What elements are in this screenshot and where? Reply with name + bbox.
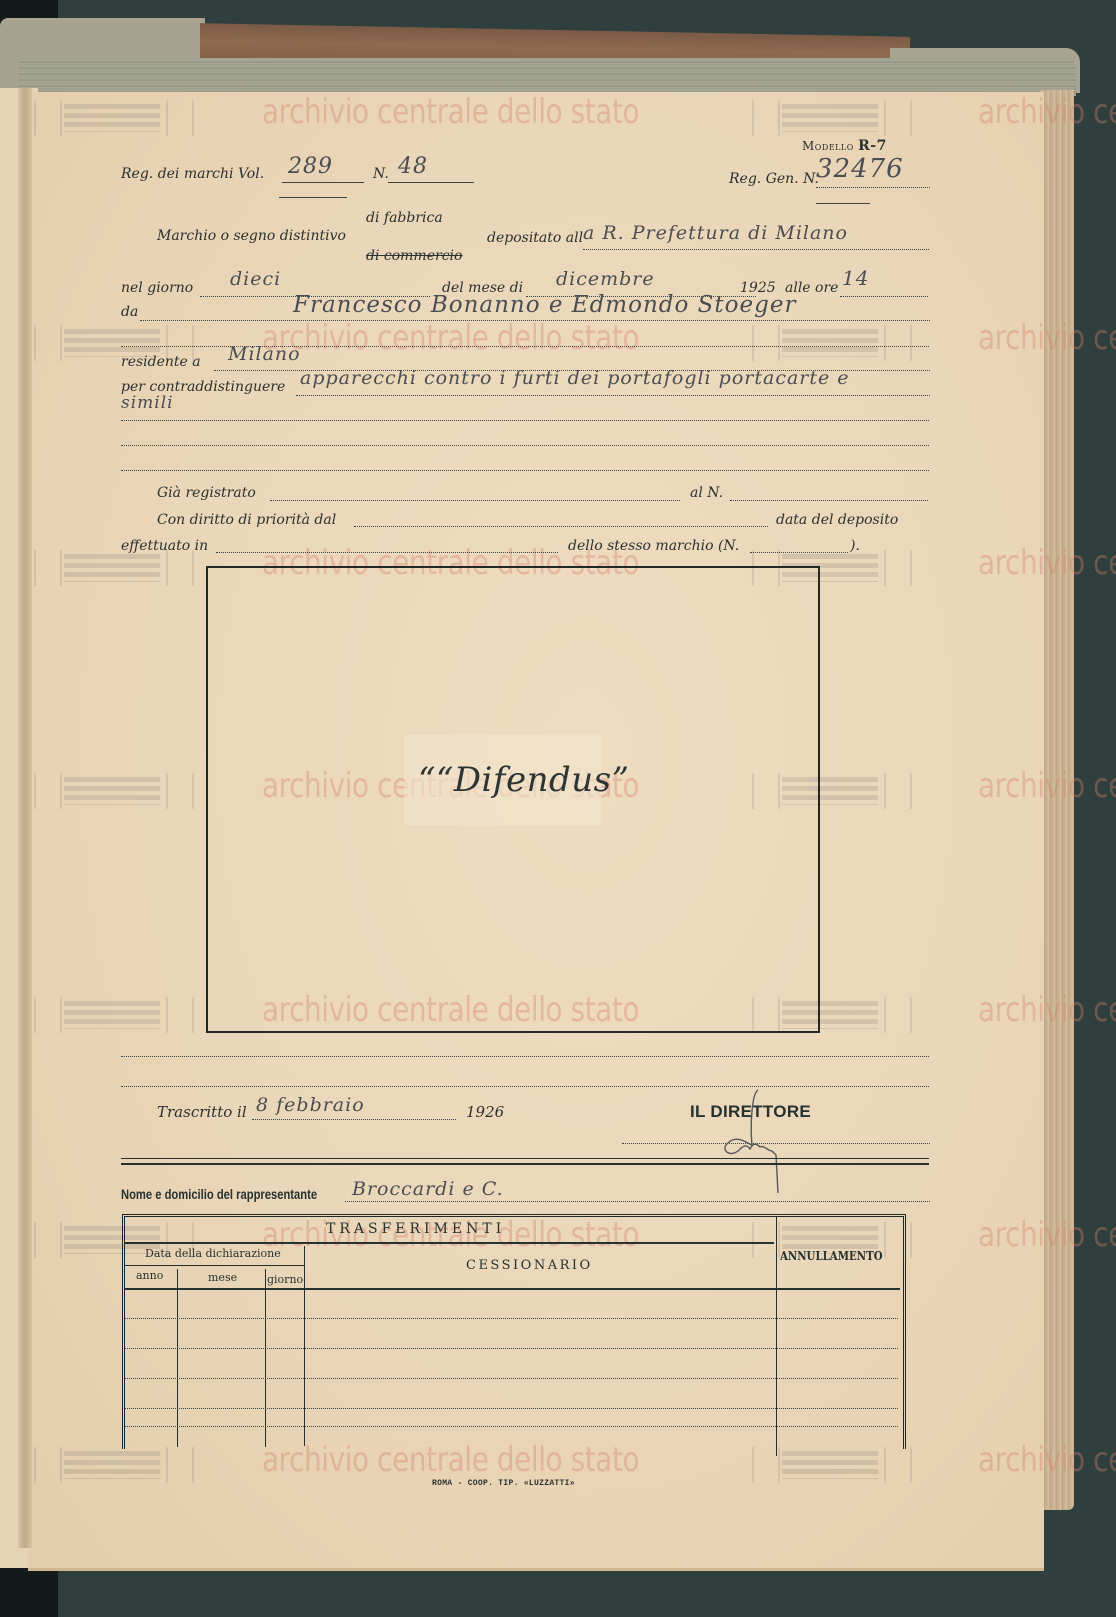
vol-underline [279, 197, 347, 198]
rappresentante-value: Broccardi e C. [352, 1178, 504, 1200]
table-row [125, 1318, 898, 1319]
blank-line-5 [121, 1056, 929, 1057]
n-line [388, 182, 474, 183]
priorita-label: Con diritto di priorità dal [157, 512, 336, 528]
gia-registrato-label: Già registrato [157, 485, 256, 501]
rappresentante-line [345, 1201, 930, 1202]
contraddistinguere-line [296, 395, 930, 396]
watermark-logo-icon [34, 100, 194, 136]
blank-line-4 [121, 470, 929, 471]
stesso-marchio-close: ). [850, 538, 860, 554]
reg-gen-label: Reg. Gen. N. [729, 171, 819, 187]
contraddistinguere-line-2 [121, 420, 929, 421]
trascritto-line [252, 1119, 456, 1120]
watermark: archivio centrale dello stato [978, 92, 1116, 132]
da-label: da [121, 304, 138, 320]
watermark: archivio centrale dello stato [978, 990, 1116, 1030]
residente-value: Milano [228, 343, 301, 365]
watermark-logo-icon [34, 1447, 194, 1483]
data-deposito-label: data del deposito [776, 512, 898, 528]
n-value: 48 [398, 154, 428, 179]
mese-value: dicembre [556, 268, 655, 290]
data-dichiarazione-header: Data della dichiarazione [145, 1247, 281, 1260]
reg-marchi-label: Reg. dei marchi Vol. [121, 166, 264, 182]
col-divider [265, 1269, 266, 1447]
modello-code: Modello R-7 [802, 138, 887, 154]
da-value: Francesco Bonanno e Edmondo Stoeger [293, 292, 796, 318]
col-anno: anno [136, 1269, 163, 1282]
di-fabbrica-label: di fabbrica [366, 210, 443, 226]
watermark: archivio centrale dello stato [978, 318, 1116, 358]
watermark: archivio centrale dello stato [978, 1440, 1116, 1480]
ore-line [840, 296, 928, 297]
reg-gen-value: 32476 [816, 154, 904, 184]
table-row [125, 1348, 898, 1349]
priorita-line [354, 526, 768, 527]
depositato-line [583, 249, 929, 250]
stesso-marchio-label: dello stesso marchio (N. [568, 538, 739, 554]
effettuato-line [216, 552, 558, 553]
watermark: archivio centrale dello stato [262, 92, 639, 132]
nel-giorno-label: nel giorno [121, 280, 193, 296]
col-annullamento: ANNULLAMENTO [780, 1249, 883, 1263]
subheader-rule [124, 1265, 304, 1266]
watermark: archivio centrale dello stato [262, 318, 639, 358]
table-row [125, 1408, 898, 1409]
signature-icon [716, 1085, 786, 1195]
divider-double-1 [121, 1158, 929, 1159]
reg-marchi-vol-value: 289 [288, 154, 333, 179]
divider-double-2 [121, 1163, 929, 1165]
al-n-label: al N. [690, 485, 723, 501]
col-giorno: giorno [267, 1273, 303, 1286]
vol-line [282, 182, 364, 183]
contraddistinguere-value: apparecchi contro i furti dei portafogli… [300, 367, 850, 389]
col-cessionario: CESSIONARIO [466, 1258, 593, 1273]
printer-imprint: ROMA - COOP. TIP. «LUZZATTI» [432, 1479, 575, 1488]
watermark-logo-icon [752, 100, 912, 136]
watermark: archivio centrale dello stato [978, 766, 1116, 806]
reg-gen-line [816, 187, 930, 188]
al-n-line [730, 500, 928, 501]
effettuato-label: effettuato in [121, 538, 208, 554]
transfers-title: TRASFERIMENTI [326, 1221, 505, 1237]
page-gutter [18, 88, 32, 1548]
stesso-marchio-line [750, 552, 848, 553]
watermark: archivio centrale dello stato [978, 1215, 1116, 1255]
col-divider [177, 1269, 178, 1447]
da-line [140, 320, 930, 321]
residente-label: residente a [121, 354, 201, 370]
table-row [125, 1378, 898, 1379]
blank-line-3 [121, 445, 929, 446]
watermark-logo-icon [34, 997, 194, 1033]
trademark-text: ““Difendus” [418, 760, 630, 800]
di-commercio-label: di commercio [366, 248, 462, 264]
contraddistinguere-value-2: simili [121, 393, 174, 413]
page-stack-top [18, 58, 1076, 96]
trascritto-label: Trascritto il [157, 1103, 247, 1121]
watermark-logo-icon [34, 550, 194, 586]
table-row [125, 1426, 898, 1427]
trascritto-anno: 1926 [466, 1103, 504, 1121]
col-divider [304, 1246, 305, 1446]
trascritto-value: 8 febbraio [256, 1094, 365, 1116]
reg-gen-underline [816, 203, 870, 204]
title-rule [124, 1242, 774, 1244]
n-label: N. [373, 166, 389, 182]
header-bottom-rule [124, 1288, 900, 1290]
blank-line-6 [121, 1086, 929, 1087]
gia-registrato-line [270, 500, 680, 501]
watermark-logo-icon [752, 325, 912, 361]
giorno-value: dieci [230, 268, 281, 290]
watermark-logo-icon [34, 773, 194, 809]
depositato-label: depositato all [487, 230, 583, 246]
watermark: archivio centrale dello stato [978, 543, 1116, 583]
col-mese: mese [208, 1271, 237, 1284]
ore-value: 14 [842, 266, 869, 290]
marchio-label: Marchio o segno distintivo [157, 228, 346, 244]
col-divider [776, 1216, 777, 1456]
depositato-value: a R. Prefettura di Milano [583, 222, 848, 244]
rappresentante-label: Nome e domicilio del rappresentante [121, 1186, 317, 1202]
